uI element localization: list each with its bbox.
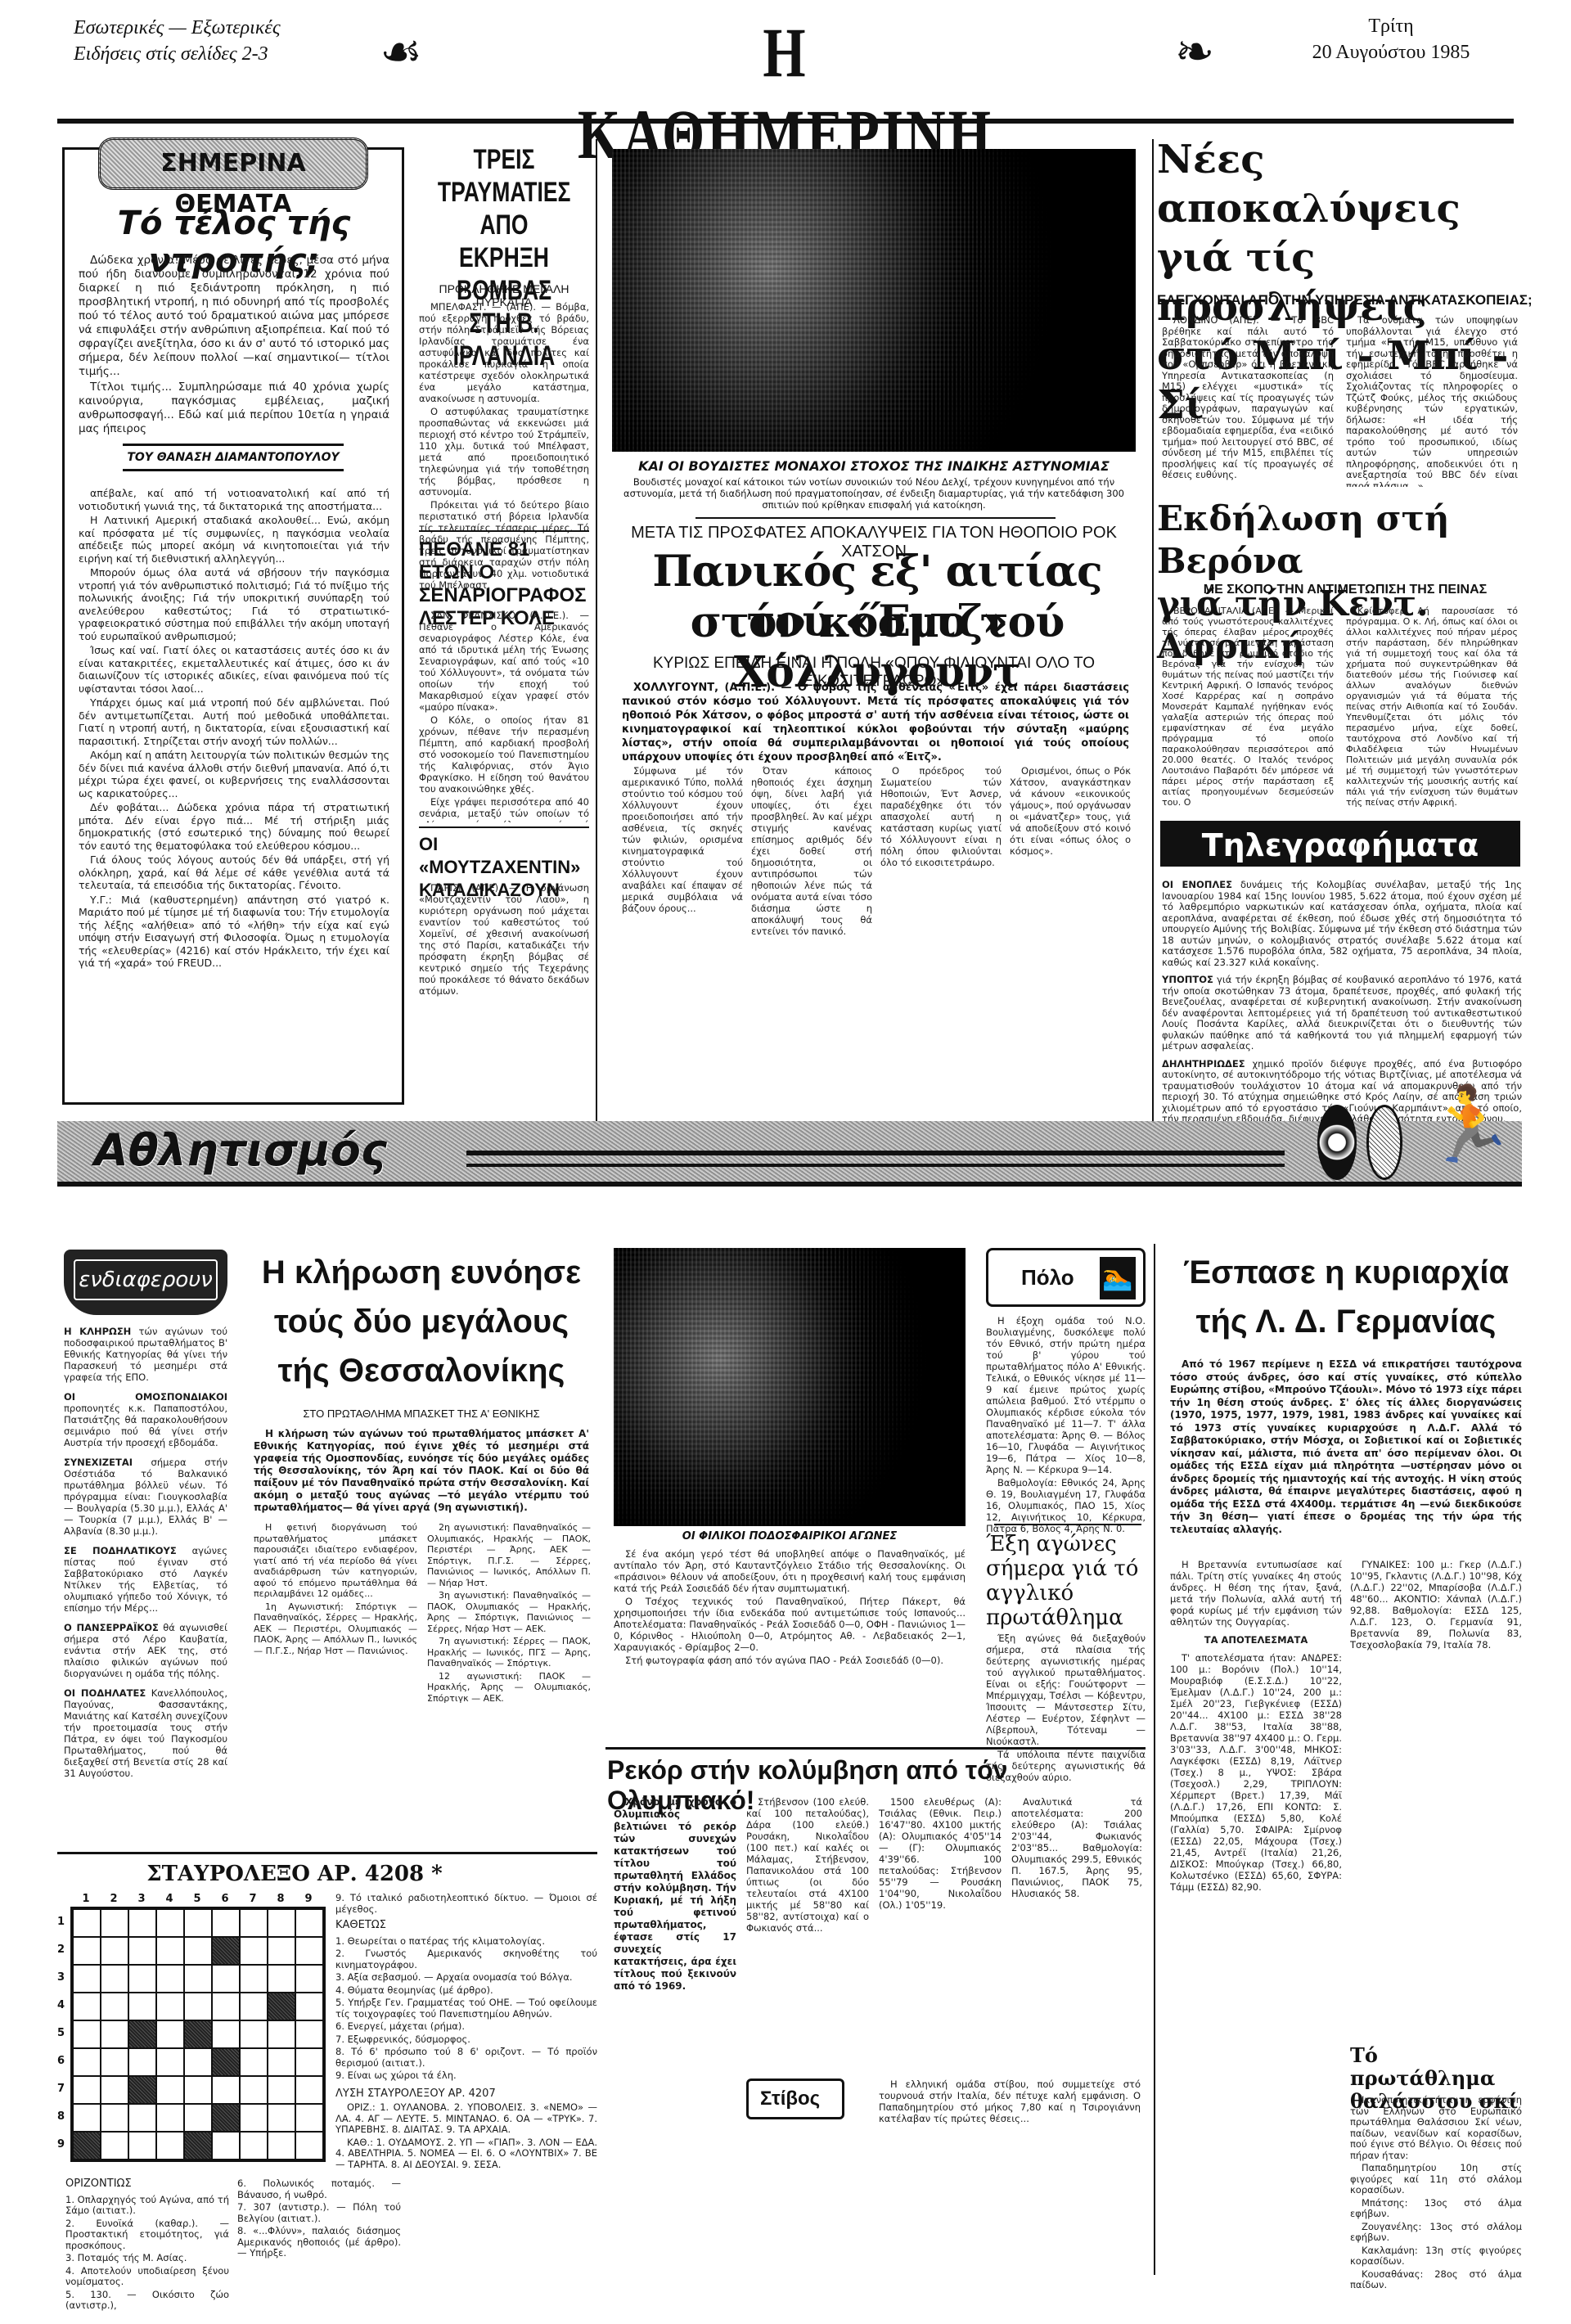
article-paragraph: Είχε γράψει περισσότερα από 40 σενάρια, … [419,796,589,822]
masthead-left-line1: Εσωτερικές — Εξωτερικές [74,15,281,41]
article-paragraph: Η Βρεταννία εντυπωσίασε καί πάλι. Τρίτη … [1170,1559,1342,1628]
solution-down: ΚΑΘ.: 1. ΟΥΔΑΜΟΥΣ. 2. ΥΠ — «ΓΙΑΠ». 3. ΛΟ… [335,2137,597,2171]
interest-text: σήμερα στήν Οσέστιάδα τό Βαλκανικό πρωτά… [64,1457,227,1537]
article-paragraph: Στήβενσον (100 ελεύθ. καί 100 πεταλούδας… [746,1796,869,1934]
crossword-cell[interactable] [212,2020,240,2048]
aids-col3: Ο πρόεδρος τού Σωματείου τών Ηθοποιών, Έ… [880,765,1002,1043]
article-paragraph: Αναλυτικά τά αποτελέσματα: 200 ελεύθερο … [1011,1796,1142,1899]
article-paragraph: Κρίστοφερ Λή παρουσίασε τό πρόγραμμα. Ο … [1346,606,1518,808]
basket-round: 7η αγωνιστική: Σέρρες — ΠΑΟΚ, Ηρακλής — … [427,1636,591,1669]
sports-banner-title: Αθλητισμός [94,1124,387,1176]
crossword-cell[interactable] [268,2048,295,2076]
interest-item: ΣΕ ΠΟΔΗΛΑΤΙΚΟΥΣ αγώνες πίστας πού έγιναν… [64,1545,227,1614]
photo-caption-title: ΚΑΙ ΟΙ ΒΟΥΔΙΣΤΕΣ ΜΟΝΑΧΟΙ ΣΤΟΧΟΣ ΤΗΣ ΙΝΔΙ… [612,458,1136,474]
col-number: 1 [82,1893,89,1905]
news-photo-monks [612,149,1136,452]
crossword-cell[interactable] [268,1965,295,1993]
article-paragraph: ΛΟΝΔΙΝΟ (ΑΠΕ). — Τό BBC βρέθηκε καί πάλι… [1162,315,1334,481]
crossword-cell[interactable] [295,1909,323,1937]
editorial-paragraph: Μπορούν όμως όλα αυτά νά σβήσουν τήν παγ… [79,566,389,642]
athletics-label: Στίβος [760,2088,820,2110]
col-number: 2 [110,1893,117,1905]
crossword-black-cell [212,2048,240,2076]
football-icon [1317,1105,1357,1180]
col-number: 4 [165,1893,173,1905]
crossword-cell[interactable] [73,2104,101,2132]
interest-item: ΟΙ ΟΜΟΣΠΟΝΔΙΑΚΟΙ προπονητές κ.κ. Παπαποσ… [64,1391,227,1448]
editorial-badge: ΣΗΜΕΡΙΝΑ ΘΕΜΑΤΑ [98,137,368,190]
basket-headline-line1: Η κλήρωση ευνόησε [254,1248,589,1297]
athletics-body: Η ελληνική ομάδα στίβου, πού συμμετείχε … [879,2079,1141,2126]
clue-across: 7. 307 (αντιστρ.). — Πόλη τού Βελγίου (α… [237,2202,401,2224]
clue-down: 2. Γνωστός Αμερικανός σκηνοθέτης τού κιν… [335,1948,597,1970]
crossword-grid[interactable] [70,1907,326,2162]
row-number: 7 [57,2075,70,2103]
crossword-cell[interactable] [295,1965,323,1993]
basket-subtitle: ΣΤΟ ΠΡΩΤΑΘΛΗΜΑ ΜΠΑΣΚΕΤ ΤΗΣ Α' ΕΘΝΙΚΗΣ [254,1407,589,1420]
article-paragraph: Ο Τσέχος τεχνικός τού Παναθηναϊκού, Πήτε… [614,1596,966,1653]
article-paragraph: Ο αστυφύλακας τραυματίστηκε προσπαθώντας… [419,406,589,498]
crossword-cell[interactable] [156,2132,184,2160]
crossword-cell[interactable] [184,1993,212,2020]
telegrams-header: Τηλεγραφήματα [1160,821,1520,867]
basket-headline-line3: τής Θεσσαλονίκης [254,1346,589,1395]
row-number: 5 [57,2020,70,2047]
clue-down: 6. Ενεργεί, μάχεται (ρήμα). [335,2021,597,2033]
telegram-lead: ΟΙ ΕΝΟΠΛΕΣ [1162,879,1232,890]
crossword-cell[interactable] [156,2104,184,2132]
editorial-paragraph: Υ.Γ.: Μιά (καθυστερημένη) απάντηση στό γ… [79,894,389,970]
crossword-cell[interactable] [184,1937,212,1965]
crossword-across: ΟΡΙΖΟΝΤΙΩΣ 1. Οπλαρχηγός τού Αγώνα, από … [65,2178,229,2313]
eagle-emblem-icon: ❧ [1170,15,1219,88]
masthead-rule [57,119,1514,124]
interest-lead: Η ΚΛΗΡΩΣΗ [64,1326,131,1337]
basket-lead: Η κλήρωση τών αγώνων τού πρωταθλήματος μ… [254,1428,589,1516]
editorial-paragraph: Γιά όλους τούς λόγους αυτούς δέν θά υπάρ… [79,853,389,892]
interest-lead: ΣΕ ΠΟΔΗΛΑΤΙΚΟΥΣ [64,1545,177,1556]
clue-across: 5. 130. — Οικόσιτο ζώο (αντιστρ.), [65,2290,229,2312]
crossword-cell[interactable] [268,1937,295,1965]
waterski-result: Παπαδημητρίου 10η στίς φιγούρες καί 11η … [1350,2163,1522,2196]
sports-banner: Αθλητισμός 🏃 [57,1121,1522,1187]
article-paragraph: Σύμφωνα μέ τόν αμερικανικό Τύπο, πολλά σ… [622,765,743,914]
interest-text: Κανελλόπουλος, Παγούνας, Φασσαντάκης, Μα… [64,1687,227,1779]
swimming-col4: Αναλυτικά τά αποτελέσματα: 200 ελεύθερο … [1011,1796,1142,1901]
crossword-cell[interactable] [268,2132,295,2160]
banner-stripe [466,1151,1285,1155]
article-paragraph: Η έξοχη ομάδα τού Ν.Ο. Βουλιαγμένης, δυσ… [986,1315,1146,1475]
editorial-paragraph: Ακόμη καί η απάτη λειτουργία τών πολιτικ… [79,749,389,799]
crossword-cell[interactable] [212,1909,240,1937]
bbc-col1: ΛΟΝΔΙΝΟ (ΑΠΕ). — Τό BBC βρέθηκε καί πάλι… [1162,315,1334,487]
crossword-cell[interactable] [156,2076,184,2104]
down-header: ΚΑΘΕΤΩΣ [335,1920,597,1931]
crossword-cell[interactable] [73,2020,101,2048]
crossword-cell[interactable] [73,1909,101,1937]
crossword-cell[interactable] [295,2104,323,2132]
col-number: 9 [304,1893,312,1905]
crossword-cell[interactable] [156,2048,184,2076]
crossword-cell[interactable] [295,1937,323,1965]
crossword-cell[interactable] [212,1993,240,2020]
crossword-cell[interactable] [240,2076,268,2104]
germany-headline-line2: τής Λ. Δ. Γερμανίας [1166,1297,1526,1346]
swimming-col1: Χρόνο μέ χρόνο ο Ολυμπιακός βελτιώνει τό… [614,1796,736,1994]
crossword-cell[interactable] [73,2076,101,2104]
interest-text: προπονητές κ.κ. Παπαποστόλου, Πατσιάτζης… [64,1403,227,1448]
telegram-item: ΥΠΟΠΤΟΣ γιά τήν έκρηξη βόμβας σέ κουβανι… [1162,975,1522,1052]
polo-body: Η έξοχη ομάδα τού Ν.Ο. Βουλιαγμένης, δυσ… [986,1315,1146,1536]
column-rule [596,139,597,1137]
interest-badge-box: ενδιαφερουν [64,1250,227,1315]
crossword-cell[interactable] [212,1965,240,1993]
article-paragraph: Η κλήρωση τών αγώνων τού πρωταθλήματος μ… [254,1428,589,1514]
football-photo-caption-title: ΟΙ ΦΙΛΙΚΟΙ ΠΟΔΟΣΦΑΙΡΙΚΟΙ ΑΓΩΝΕΣ [614,1530,966,1543]
tennis-racket-icon [1366,1105,1402,1180]
clue-down: 3. Αξία σεβασμού. — Αρχαία ονομασία τού … [335,1972,597,1984]
article-paragraph: 1500 ελευθέρως (Α): Τσιάλας (Εθνικ. Πειρ… [879,1796,1002,1911]
crossword-black-cell [184,2020,212,2048]
germany-col1: Η Βρεταννία εντυπωσίασε καί πάλι. Τρίτη … [1170,1559,1342,2263]
article-paragraph: Έξη αγώνες θά διεξαχθούν σήμερα, στά πλα… [986,1633,1146,1747]
crossword-cell[interactable] [240,2132,268,2160]
article-paragraph: ΒΕΡΟΝΑ, ΙΤΑΛΙΑ (ΑΠΕ). — Μερικοί από τούς… [1162,606,1334,808]
col-number: 6 [221,1893,228,1905]
polo-standings: Βαθμολογία: Εθνικός 24, Άρης Θ. 19, Βουλ… [986,1477,1146,1534]
column-rule [1152,139,1154,1137]
article-paragraph: ΜΠΕΛΦΑΣΤ. — (ΑΠΕ). — Βόμβα, πού εξερράγη… [419,301,589,404]
photo-caption-text: Βουδιστές μοναχοί καί κάτοικοι τών νοτίω… [612,476,1136,511]
crossword-cell[interactable] [101,2048,128,2076]
editorial-paragraph: Δώδεκα χρόνια! Μέσα σέ λίγες μέρες, μέσα… [79,254,389,379]
crossword-cell[interactable] [101,1909,128,1937]
clue-across: 2. Ευνοϊκά (καθαρ.). — Προστακτική ετοιμ… [65,2218,229,2252]
crossword-cell[interactable] [128,2104,156,2132]
editorial-paragraph: Δέν φοβάται... Δώδεκα χρόνια πάρα τή στρ… [79,801,389,852]
row-number: 6 [57,2047,70,2075]
interest-badge: ενδιαφερουν [74,1259,218,1300]
editorial-paragraph: Ίσως καί ναί. Γιατί όλες οι καταστάσεις … [79,644,389,695]
germany-headline-line1: Έσπασε η κυριαρχία [1166,1248,1526,1297]
col-number: 5 [193,1893,200,1905]
clue-across: 6. Πολωνικός ποταμός. — Βάναυσο, ή νωθρό… [237,2178,401,2200]
crossword-cell[interactable] [156,1965,184,1993]
crossword-down: 9. Τό ιταλικό ραδιοτηλεοπτικό δίκτυο. — … [335,1893,597,2172]
interest-item: ΟΙ ΠΟΔΗΛΑΤΕΣ Κανελλόπουλος, Παγούνας, Φα… [64,1687,227,1779]
clue-across: 4. Αποτελούν υποδιαίρεση ξένου νομίσματο… [65,2266,229,2288]
crossword-black-cell [184,2132,212,2160]
interest-lead: ΣΥΝΕΧΙΖΕΤΑΙ [64,1457,133,1468]
column-rule [1154,1244,1155,2275]
crossword-cell[interactable] [240,2020,268,2048]
crossword-cell[interactable] [240,1993,268,2020]
interest-item: ΣΥΝΕΧΙΖΕΤΑΙ σήμερα στήν Οσέστιάδα τό Βαλ… [64,1457,227,1537]
editorial-byline: ΤΟΥ ΘΑΝΑΣΗ ΔΙΑΜΑΝΤΟΠΟΥΛΟΥ [123,444,344,471]
clue-down: 4. Θύματα θεομηνίας (μέ άρθρο). [335,1985,597,1997]
article-paragraph: Τά ονόματα τών υποψηφίων υποβάλλονται γι… [1346,315,1518,487]
crossword-cell[interactable] [268,2076,295,2104]
col-number: 8 [277,1893,284,1905]
crossword-cell[interactable] [101,2076,128,2104]
article-paragraph: Η φετινή διοργάνωση τού πρωταθλήματος μπ… [254,1522,417,1600]
clue-across: 9. Τό ιταλικό ραδιοτηλεοπτικό δίκτυο. — … [335,1893,597,1915]
aids-col2: Όταν κάποιος ηθοποιός έχει άσχημη όψη, δ… [751,765,872,1043]
article-paragraph: Όταν κάποιος ηθοποιός έχει άσχημη όψη, δ… [751,765,872,937]
masthead-full-date: 20 Αυγούστου 1985 [1293,39,1489,65]
crossword-cell[interactable] [73,1937,101,1965]
waterski-result: Κακλαμάνη: 13η στίς φιγούρες κορασίδων. [1350,2245,1522,2268]
crossword-row-numbers: 1 2 3 4 5 6 7 8 9 [57,1908,70,2159]
results-text: ΓΥΝΑΙΚΕΣ: 100 μ.: Γκερ (Λ.Δ.Γ.) 10''95, … [1350,1559,1522,1651]
eagle-emblem-icon: ☙ [376,15,425,88]
divider [419,826,589,828]
crossword-cell[interactable] [101,1965,128,1993]
swimming-col2: Στήβενσον (100 ελεύθ. καί 100 πεταλούδας… [746,1796,869,2254]
waterski-result: Ζουγανέλης: 13ος στό σλάλομ εφήβων. [1350,2222,1522,2244]
telegram-lead: ΥΠΟΠΤΟΣ [1162,974,1213,985]
crossword-cell[interactable] [128,1993,156,2020]
article-paragraph: Η ελληνική ομάδα στίβου, πού συμμετείχε … [879,2079,1141,2124]
divider [695,517,1056,519]
crossword-cell[interactable] [128,2132,156,2160]
basket-body-col1: Η φετινή διοργάνωση τού πρωταθλήματος μπ… [254,1522,417,1874]
editorial-body: απέβαλε, καί από τή νοτιοανατολική καί α… [79,487,389,1101]
crossword-cell[interactable] [240,1909,268,1937]
crossword-cell[interactable] [128,2048,156,2076]
divider [994,1524,1141,1525]
article-paragraph: Χρόνο μέ χρόνο ο Ολυμπιακός βελτιώνει τό… [614,1796,736,1993]
crossword-cell[interactable] [184,2104,212,2132]
row-number: 3 [57,1964,70,1992]
crossword-black-cell [212,1937,240,1965]
crossword-cell[interactable] [101,2104,128,2132]
aids-col4: Ορισμένοι, όπως ο Ρόκ Χάτσον, αναγκάστηκ… [1010,765,1131,1043]
crossword-cell[interactable] [156,1937,184,1965]
crossword-cell[interactable] [295,2132,323,2160]
crossword-cell[interactable] [240,1937,268,1965]
row-number: 1 [57,1908,70,1936]
bbc-subtitle: ΕΛΕΓΧΟΝΤΑΙ ΑΠΟ ΤΗΝ ΥΠΗΡΕΣΙΑ ΑΝΤΙΚΑΤΑΣΚΟΠ… [1157,292,1542,309]
waterski-result: Μπάτσης: 13ος στό άλμα εφήβων. [1350,2198,1522,2220]
clue-across: 8. «...Φλύνν», παλαιός διάσημος Αμερικαν… [237,2226,401,2259]
aids-col1: Σύμφωνα μέ τόν αμερικανικό Τύπο, πολλά σ… [622,765,743,1043]
interest-lead: ΟΙ ΟΜΟΣΠΟΝΔΙΑΚΟΙ [64,1391,227,1403]
basket-headline: Η κλήρωση ευνόησε τούς δύο μεγάλους τής … [254,1248,589,1395]
verona-headline-line1: Εκδήλωση στή Βερόνα [1157,498,1533,583]
basket-round: 12 αγωνιστική: ΠΑΟΚ — Ηρακλής, Άρης — Ολ… [427,1671,591,1705]
crossword-cell[interactable] [101,2020,128,2048]
banner-stripe [466,1164,1285,1167]
basket-body-col2: 2η αγωνιστική: Παναθηναϊκός — Ολυμπιακός… [427,1522,591,1874]
row-number: 8 [57,2103,70,2131]
crossword-cell[interactable] [268,2020,295,2048]
crossword-cell[interactable] [128,1909,156,1937]
row-number: 9 [57,2131,70,2159]
crossword-cell[interactable] [101,1937,128,1965]
crossword-cell[interactable] [295,2076,323,2104]
telegram-lead: ΔΗΛΗΤΗΡΙΩΔΕΣ [1162,1058,1245,1070]
editorial-intro: Δώδεκα χρόνια! Μέσα σέ λίγες μέρες, μέσα… [79,254,389,438]
clue-down: 5. Υπήρξε Γεν. Γραμματέας τού ΟΗΕ. — Τού… [335,1997,597,2020]
germany-lead: Από τό 1967 περίμενε η ΕΣΣΔ νά επικρατήσ… [1170,1358,1522,1538]
clue-across: 1. Οπλαρχηγός τού Αγώνα, από τή Σάμο (αι… [65,2195,229,2217]
crossword-title: ΣΤΑΥΡΟΛΕΞΟ ΑΡ. 4208 * [65,1862,524,1886]
article-paragraph: Ικανοποιητική ήταν η εμφάνιση τών Ελλήνω… [1350,2095,1522,2161]
solution-header: ΛΥΣΗ ΣΤΑΥΡΟΛΕΞΟΥ ΑΡ. 4207 [335,2088,597,2100]
crossword-cell[interactable] [295,1993,323,2020]
kole-body: ΣΑΝ ΦΡΑΝΣΙΣΚΟ, (Α.Π.Ε.). — Πέθανε ο Αμερ… [419,610,589,822]
across-header: ΟΡΙΖΟΝΤΙΩΣ [65,2178,229,2190]
crossword-cell[interactable] [128,1937,156,1965]
crossword-cell[interactable] [268,1909,295,1937]
article-paragraph: ΠΑΡΙΣΙ, (ΑΠΕ). — Η οργάνωση «Μουτζαχεντί… [419,882,589,997]
verona-col2: Κρίστοφερ Λή παρουσίασε τό πρόγραμμα. Ο … [1346,606,1518,814]
swimming-col3: 1500 ελευθέρως (Α): Τσιάλας (Εθνικ. Πειρ… [879,1796,1002,1912]
editorial-paragraph: Τίτλοι τιμής... Συμπληρώσαμε πιά 40 χρόν… [79,381,389,436]
crossword-across-cont: 6. Πολωνικός ποταμός. — Βάναυσο, ή νωθρό… [237,2178,401,2261]
masthead-left-line2: Ειδήσεις στίς σελίδες 2-3 [74,41,281,67]
article-paragraph: ΣΑΝ ΦΡΑΝΣΙΣΚΟ, (Α.Π.Ε.). — Πέθανε ο Αμερ… [419,610,589,713]
crossword-cell[interactable] [212,2076,240,2104]
crossword-black-cell [128,2076,156,2104]
basket-round: 3η αγωνιστική: Παναθηναϊκός — ΠΑΟΚ, Ολυμ… [427,1590,591,1634]
crossword-cell[interactable] [295,2048,323,2076]
crossword-cell[interactable] [212,2132,240,2160]
germany-headline: Έσπασε η κυριαρχία τής Λ. Δ. Γερμανίας [1166,1248,1526,1346]
crossword-cell[interactable] [73,2048,101,2076]
crossword-black-cell [212,2104,240,2132]
polo-label: Πόλο [1021,1265,1074,1290]
aids-lead: ΧΟΛΛΥΓΟΥΝΤ, (Α.Π.Ε.). — Ο φόβος τής ασθέ… [622,681,1129,764]
interest-lead: Ο ΠΑΝΣΕΡΡΑΪΚΟΣ [64,1622,159,1633]
crossword-cell[interactable] [73,1965,101,1993]
article-paragraph: Από τό 1967 περίμενε η ΕΣΣΔ νά επικρατήσ… [1170,1358,1522,1536]
article-paragraph: Ο Κόλε, ο οποίος ήταν 81 χρόνων, πέθανε … [419,714,589,795]
crossword-col-numbers: 1 2 3 4 5 6 7 8 9 [72,1893,322,1905]
crossword-black-cell [73,2132,101,2160]
basket-round: 2η αγωνιστική: Παναθηναϊκός — Ολυμπιακός… [427,1522,591,1588]
crossword-cell[interactable] [156,1909,184,1937]
waterski-result: Κουσαθάνας: 28ος στό άλμα παίδων. [1350,2269,1522,2291]
results-text: Τ' αποτελέσματα ήταν: ΑΝΔΡΕΣ: 100 μ.: Βο… [1170,1652,1342,1893]
divider [419,530,589,532]
crossword-cell[interactable] [128,1965,156,1993]
solution-across: ΟΡΙΖ.: 1. ΟΥΛΑΝΟΒΑ. 2. ΥΠΟΒΟΛΕΙΣ. 3. «ΝΕ… [335,2102,597,2136]
col-number: 7 [249,1893,256,1905]
telegram-item: ΟΙ ΕΝΟΠΛΕΣ δυνάμεις τής Κολομβίας συνέλα… [1162,880,1522,968]
col-number: 3 [137,1893,145,1905]
bbc-col2: Τά ονόματα τών υποψηφίων υποβάλλονται γι… [1346,315,1518,487]
crossword-cell[interactable] [240,1965,268,1993]
crossword-black-cell [268,1993,295,2020]
masthead-left: Εσωτερικές — Εξωτερικές Ειδήσεις στίς σε… [74,15,281,67]
clue-down: 7. Εξωφρενικός, δύσμορφος. [335,2034,597,2046]
divider [605,1747,1146,1750]
crossword-cell[interactable] [184,1909,212,1937]
football-photo [614,1248,966,1526]
telegram-text: δυνάμεις τής Κολομβίας συνέλαβαν, μεταξύ… [1162,879,1522,968]
masthead-date: Τρίτη 20 Αυγούστου 1985 [1293,13,1489,65]
interest-list: Η ΚΛΗΡΩΣΗ τών αγώνων τού ποδοσφαιρικού π… [64,1326,227,1781]
crossword-cell[interactable] [240,2104,268,2132]
crossword-cell[interactable] [101,1993,128,2020]
article-paragraph: Ο πρόεδρος τού Σωματείου τών Ηθοποιών, Έ… [880,765,1002,868]
swimmer-icon: 🏊 [1100,1257,1136,1299]
crossword-cell[interactable] [184,1965,212,1993]
crossword-cell[interactable] [268,2104,295,2132]
article-paragraph: Ορισμένοι, όπως ο Ρόκ Χάτσον, αναγκάστηκ… [1010,765,1131,857]
clue-down: 9. Είναι ως χώροι τά έλη. [335,2070,597,2082]
clue-across: 3. Ποταμός τής Μ. Ασίας. [65,2253,229,2264]
editorial-paragraph: απέβαλε, καί από τή νοτιοανατολική καί α… [79,487,389,512]
interest-item: Ο ΠΑΝΣΕΡΡΑΪΚΟΣ θά αγωνισθεί σήμερα στό Λ… [64,1622,227,1679]
crossword-cell[interactable] [295,2020,323,2048]
athletics-box: Στίβος [746,2079,844,2119]
runners-icon: 🏃 [1424,1072,1497,1178]
crossword-cell[interactable] [101,2132,128,2160]
results-header: ΤΑ ΑΠΟΤΕΛΕΣΜΑΤΑ [1170,1634,1342,1646]
basket-headline-line2: τούς δύο μεγάλους [254,1297,589,1346]
waterski-body: Ικανοποιητική ήταν η εμφάνιση τών Ελλήνω… [1350,2095,1522,2293]
clue-down: 8. Τό 6' πρόσωπο τού 8 6' οριζοντ. — Τό … [335,2047,597,2069]
england-headline: Έξη αγώνες σήμερα γιά τό αγγλικό πρωτάθλ… [986,1532,1146,1630]
article-paragraph: Στή φωτογραφία φάση από τόν αγώνα ΠΑΟ - … [614,1655,966,1666]
verona-col1: ΒΕΡΟΝΑ, ΙΤΑΛΙΑ (ΑΠΕ). — Μερικοί από τούς… [1162,606,1334,814]
clue-down: 1. Θεωρείται ο πατέρας τής κλιματολογίας… [335,1936,597,1948]
verona-subtitle: ΜΕ ΣΚΟΠΟ ΤΗΝ ΑΝΤΙΜΕΤΩΠΙΣΗ ΤΗΣ ΠΕΙΝΑΣ [1157,583,1533,597]
editorial-paragraph: Υπάρχει όμως καί μιά ντροπή πού δέν αμβλ… [79,696,389,747]
germany-col2: ΓΥΝΑΙΚΕΣ: 100 μ.: Γκερ (Λ.Δ.Γ.) 10''95, … [1350,1559,1522,2042]
interest-lead: ΟΙ ΠΟΔΗΛΑΤΕΣ [64,1687,146,1699]
crossword-black-cell [128,2020,156,2048]
editorial-paragraph: Η Λατινική Αμερική σταδιακά ακολουθεί...… [79,514,389,565]
row-number: 2 [57,1936,70,1964]
polo-box: Πόλο 🏊 [986,1248,1146,1307]
masthead-day: Τρίτη [1293,13,1489,39]
row-number: 4 [57,1992,70,2020]
basket-round: 1η Αγωνιστική: Σπόρτιγκ — Παναθηναϊκός, … [254,1601,417,1657]
crossword-cell[interactable] [184,2048,212,2076]
crossword-cell[interactable] [184,2076,212,2104]
football-photo-caption: Σέ ένα ακόμη γερό τέστ θά υποβληθεί απόψ… [614,1548,966,1668]
crossword-cell[interactable] [156,1993,184,2020]
moutzahentin-body: ΠΑΡΙΣΙ, (ΑΠΕ). — Η οργάνωση «Μουτζαχεντί… [419,882,589,1095]
interest-item: Η ΚΛΗΡΩΣΗ τών αγώνων τού ποδοσφαιρικού π… [64,1326,227,1383]
bbc-headline-line1: Νέες αποκαλύψεις [1157,135,1533,233]
crossword-cell[interactable] [73,1993,101,2020]
article-paragraph: Σέ ένα ακόμη γερό τέστ θά υποβληθεί απόψ… [614,1548,966,1594]
crossword-cell[interactable] [240,2048,268,2076]
crossword-cell[interactable] [156,2020,184,2048]
divider [57,1852,597,1854]
telegram-text: γιά τήν έκρηξη βόμβας σέ κουβανικό αεροπ… [1162,974,1522,1052]
